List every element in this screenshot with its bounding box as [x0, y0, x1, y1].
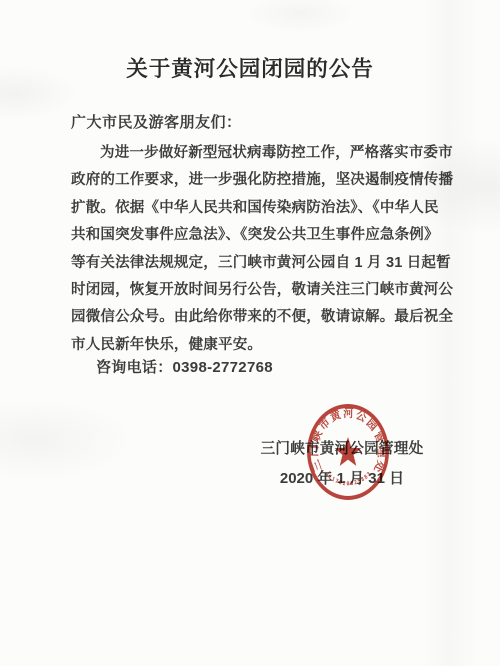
body-line: 共和国突发事件应急法》、《突发公共卫生事件应急条例》 [71, 222, 443, 249]
body-line: 时闭园，恢复开放时间另行公告，敬请关注三门峡市黄河公 [71, 277, 443, 304]
contact-line: 咨询电话：0398-2772768 [96, 356, 273, 377]
body-line: 园微信公众号。由此给你带来的不便，敬请谅解。最后祝全 [71, 304, 443, 331]
contact-phone: 0398-2772768 [173, 359, 273, 376]
contact-label: 咨询电话： [96, 359, 173, 376]
body-paragraph: 为进一步做好新型冠状病毒防控工作，严格落实市委市 政府的工作要求，进一步强化防控… [71, 140, 443, 359]
seal-code-text: 4117020025883 [324, 471, 372, 487]
star-icon [335, 437, 362, 466]
document-title: 关于黄河公园闭园的公告 [0, 52, 500, 83]
salutation: 广大市民及游客朋友们： [71, 111, 242, 132]
body-line: 扩散。依据《中华人民共和国传染病防治法》、《中华人民 [71, 195, 443, 222]
body-line: 等有关法律法规规定，三门峡市黄河公园自 1 月 31 日起暂 [71, 250, 443, 277]
document-page: 关于黄河公园闭园的公告 广大市民及游客朋友们： 为进一步做好新型冠状病毒防控工作… [0, 0, 500, 666]
official-seal: 三门峡市黄河公园管理处 4117020025883 [304, 402, 392, 502]
body-line: 为进一步做好新型冠状病毒防控工作，严格落实市委市 [71, 140, 443, 167]
svg-text:4117020025883: 4117020025883 [324, 471, 372, 487]
body-line: 政府的工作要求，进一步强化防控措施，坚决遏制疫情传播 [71, 167, 443, 194]
